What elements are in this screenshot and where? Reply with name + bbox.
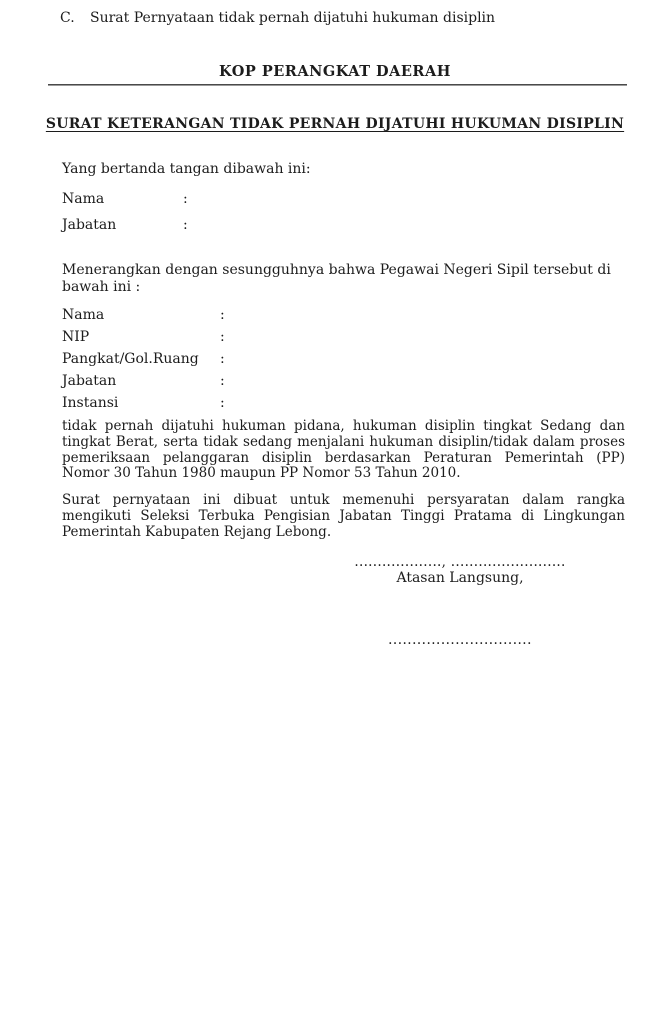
letterhead-rule: [48, 84, 627, 86]
field-row-nama: Nama:: [62, 186, 625, 212]
field-row-nama: Nama:: [62, 304, 625, 326]
field-colon: :: [220, 373, 225, 389]
field-label: NIP: [62, 326, 220, 348]
subject-fields: Nama: NIP: Pangkat/Gol.Ruang: Jabatan: I…: [62, 304, 625, 414]
signature-role: Atasan Langsung,: [341, 570, 579, 587]
signature-name-line: ..............................: [341, 633, 579, 648]
statement-intro: Menerangkan dengan sesungguhnya bahwa Pe…: [62, 262, 625, 296]
document-page: C.Surat Pernyataan tidak pernah dijatuhi…: [0, 0, 670, 1024]
field-row-jabatan: Jabatan:: [62, 370, 625, 392]
field-row-jabatan: Jabatan:: [62, 212, 625, 238]
statement-paragraph: tidak pernah dijatuhi hukuman pidana, hu…: [62, 419, 625, 482]
field-colon: :: [220, 307, 225, 323]
letter-body: Yang bertanda tangan dibawah ini: Nama: …: [62, 161, 625, 648]
opening-line: Yang bertanda tangan dibawah ini:: [62, 161, 625, 178]
field-row-instansi: Instansi:: [62, 392, 625, 414]
field-label: Jabatan: [62, 212, 183, 238]
field-label: Pangkat/Gol.Ruang: [62, 348, 220, 370]
letterhead-title: KOP PERANGKAT DAERAH: [0, 63, 670, 80]
signature-block: ..................., ...................…: [341, 555, 579, 648]
signature-place-date-line: ..................., ...................…: [341, 555, 579, 570]
field-label: Instansi: [62, 392, 220, 414]
field-colon: :: [220, 329, 225, 345]
letter-title: SURAT KETERANGAN TIDAK PERNAH DIJATUHI H…: [0, 116, 670, 133]
field-colon: :: [220, 395, 225, 411]
section-label: C.: [60, 10, 90, 27]
field-label: Nama: [62, 186, 183, 212]
field-row-pangkat: Pangkat/Gol.Ruang:: [62, 348, 625, 370]
purpose-paragraph: Surat pernyataan ini dibuat untuk memenu…: [62, 493, 625, 540]
signatory-fields: Nama: Jabatan:: [62, 186, 625, 238]
field-label: Nama: [62, 304, 220, 326]
field-colon: :: [220, 351, 225, 367]
field-label: Jabatan: [62, 370, 220, 392]
field-colon: :: [183, 217, 188, 233]
field-row-nip: NIP:: [62, 326, 625, 348]
field-colon: :: [183, 191, 188, 207]
section-heading: C.Surat Pernyataan tidak pernah dijatuhi…: [60, 10, 625, 27]
section-title: Surat Pernyataan tidak pernah dijatuhi h…: [90, 10, 495, 26]
